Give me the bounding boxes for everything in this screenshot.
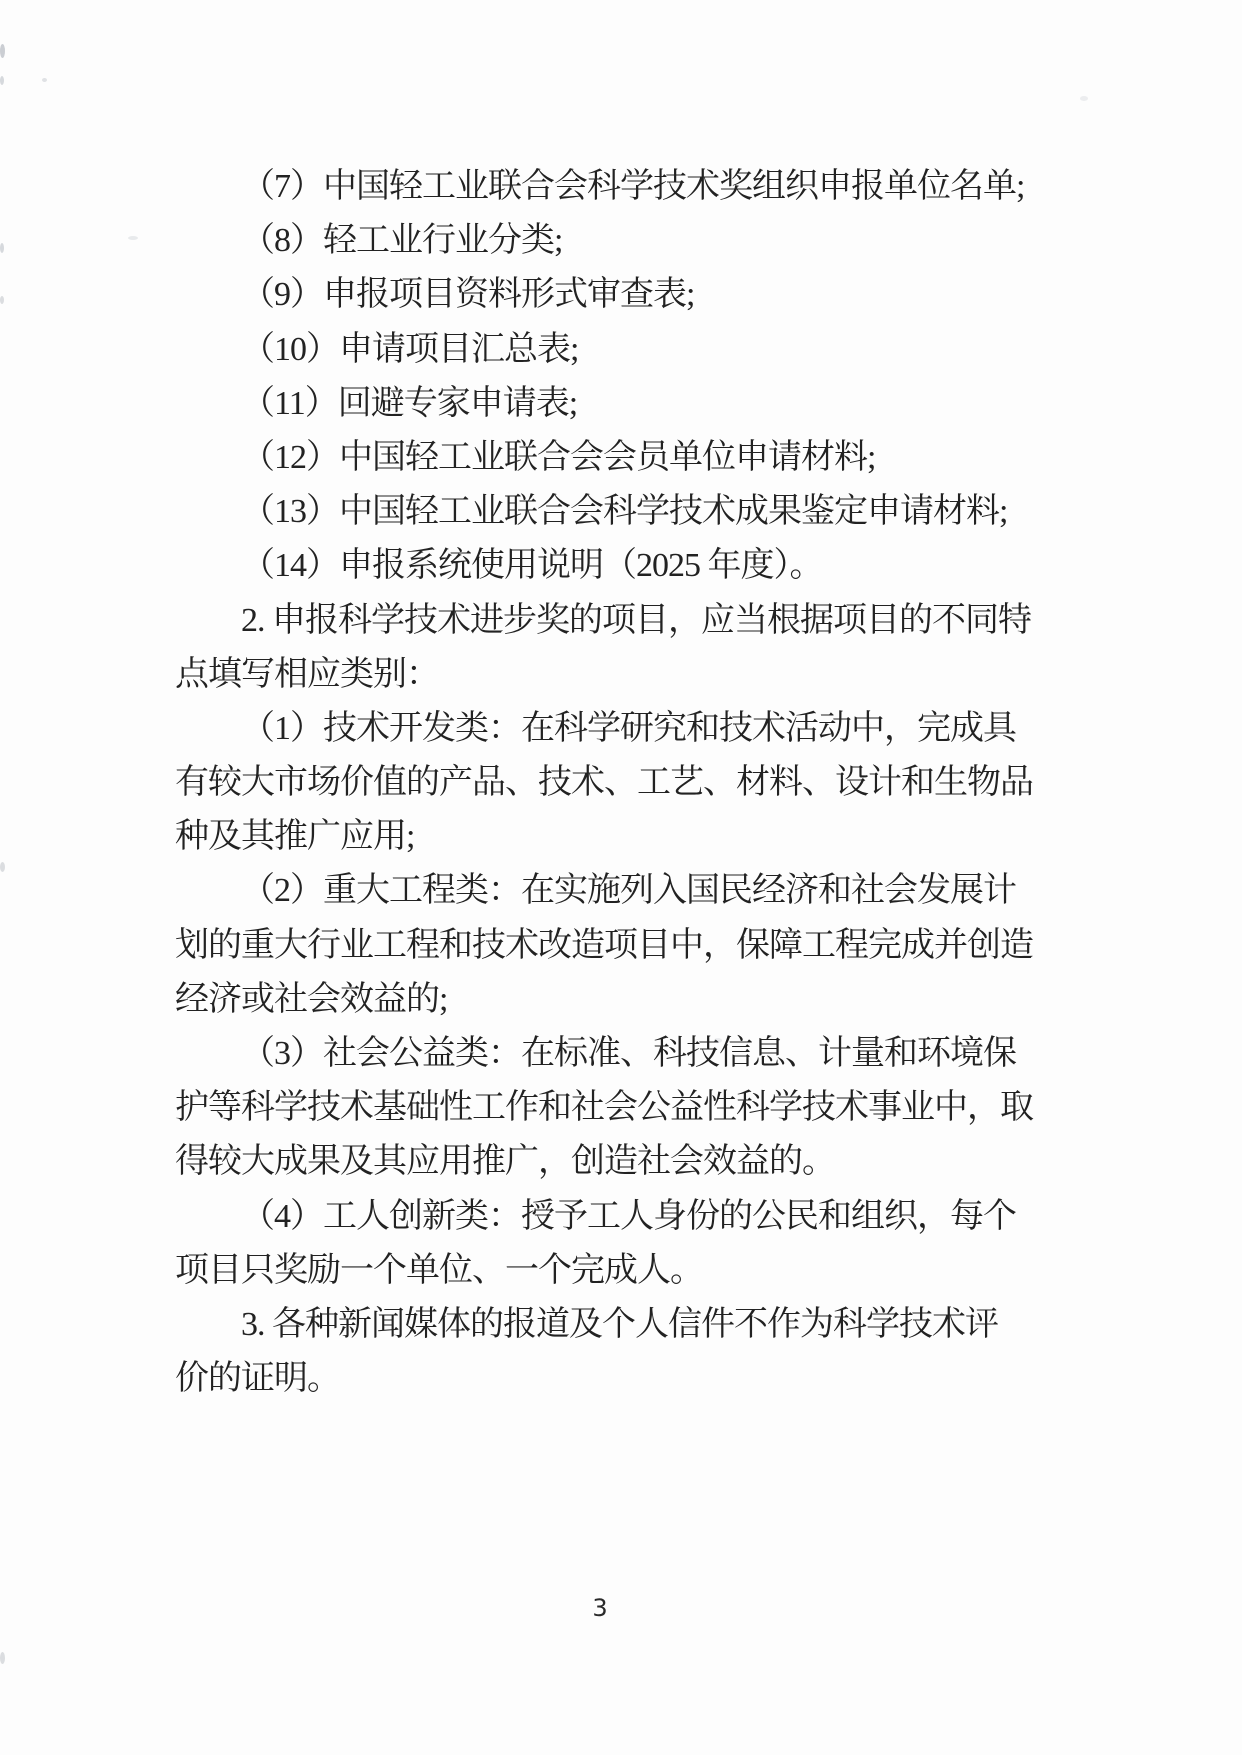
page-number: 3 [560,1594,640,1622]
text-line: （10）申请项目汇总表; [175,323,1075,377]
text-line: 有较大市场价值的产品、技术、工艺、材料、设计和生物品 [175,756,1075,810]
text-line: （2）重大工程类：在实施列入国民经济和社会发展计 [175,864,1075,918]
scan-speck [714,1038,722,1043]
scan-speck [1080,96,1088,101]
text-line: 点填写相应类别： [175,648,1075,702]
scan-speck [128,236,138,240]
text-line: （14）申报系统使用说明（2025 年度）。 [175,539,1075,593]
scan-speck [0,243,4,253]
text-line: （13）中国轻工业联合会科学技术成果鉴定申请材料; [175,485,1075,539]
text-line: 护等科学技术基础性工作和社会公益性科学技术事业中，取 [175,1081,1075,1135]
text-line: 3. 各种新闻媒体的报道及个人信件不作为科学技术评 [175,1298,1075,1352]
text-line: 项目只奖励一个单位、一个完成人。 [175,1244,1075,1298]
document-body: （7）中国轻工业联合会科学技术奖组织申报单位名单;（8）轻工业行业分类;（9）申… [175,160,1075,1406]
scan-speck [0,296,4,304]
text-line: （4）工人创新类：授予工人身份的公民和组织，每个 [175,1190,1075,1244]
text-line: （3）社会公益类：在标准、科技信息、计量和环境保 [175,1027,1075,1081]
document-page: （7）中国轻工业联合会科学技术奖组织申报单位名单;（8）轻工业行业分类;（9）申… [0,0,1242,1755]
scan-speck [0,76,4,85]
text-line: （8）轻工业行业分类; [175,214,1075,268]
text-line: 划的重大行业工程和技术改造项目中，保障工程完成并创造 [175,919,1075,973]
text-line: 得较大成果及其应用推广，创造社会效益的。 [175,1135,1075,1189]
text-line: 价的证明。 [175,1352,1075,1406]
text-line: 种及其推广应用; [175,810,1075,864]
text-line: 经济或社会效益的; [175,973,1075,1027]
text-line: （7）中国轻工业联合会科学技术奖组织申报单位名单; [175,160,1075,214]
scan-speck [42,78,47,82]
text-line: 2. 申报科学技术进步奖的项目，应当根据项目的不同特 [175,594,1075,648]
scan-speck [0,44,5,58]
text-line: （1）技术开发类：在科学研究和技术活动中，完成具 [175,702,1075,756]
text-line: （12）中国轻工业联合会会员单位申请材料; [175,431,1075,485]
text-line: （9）申报项目资料形式审查表; [175,268,1075,322]
text-line: （11）回避专家申请表; [175,377,1075,431]
scan-speck [0,862,5,872]
scan-speck [0,1652,5,1664]
